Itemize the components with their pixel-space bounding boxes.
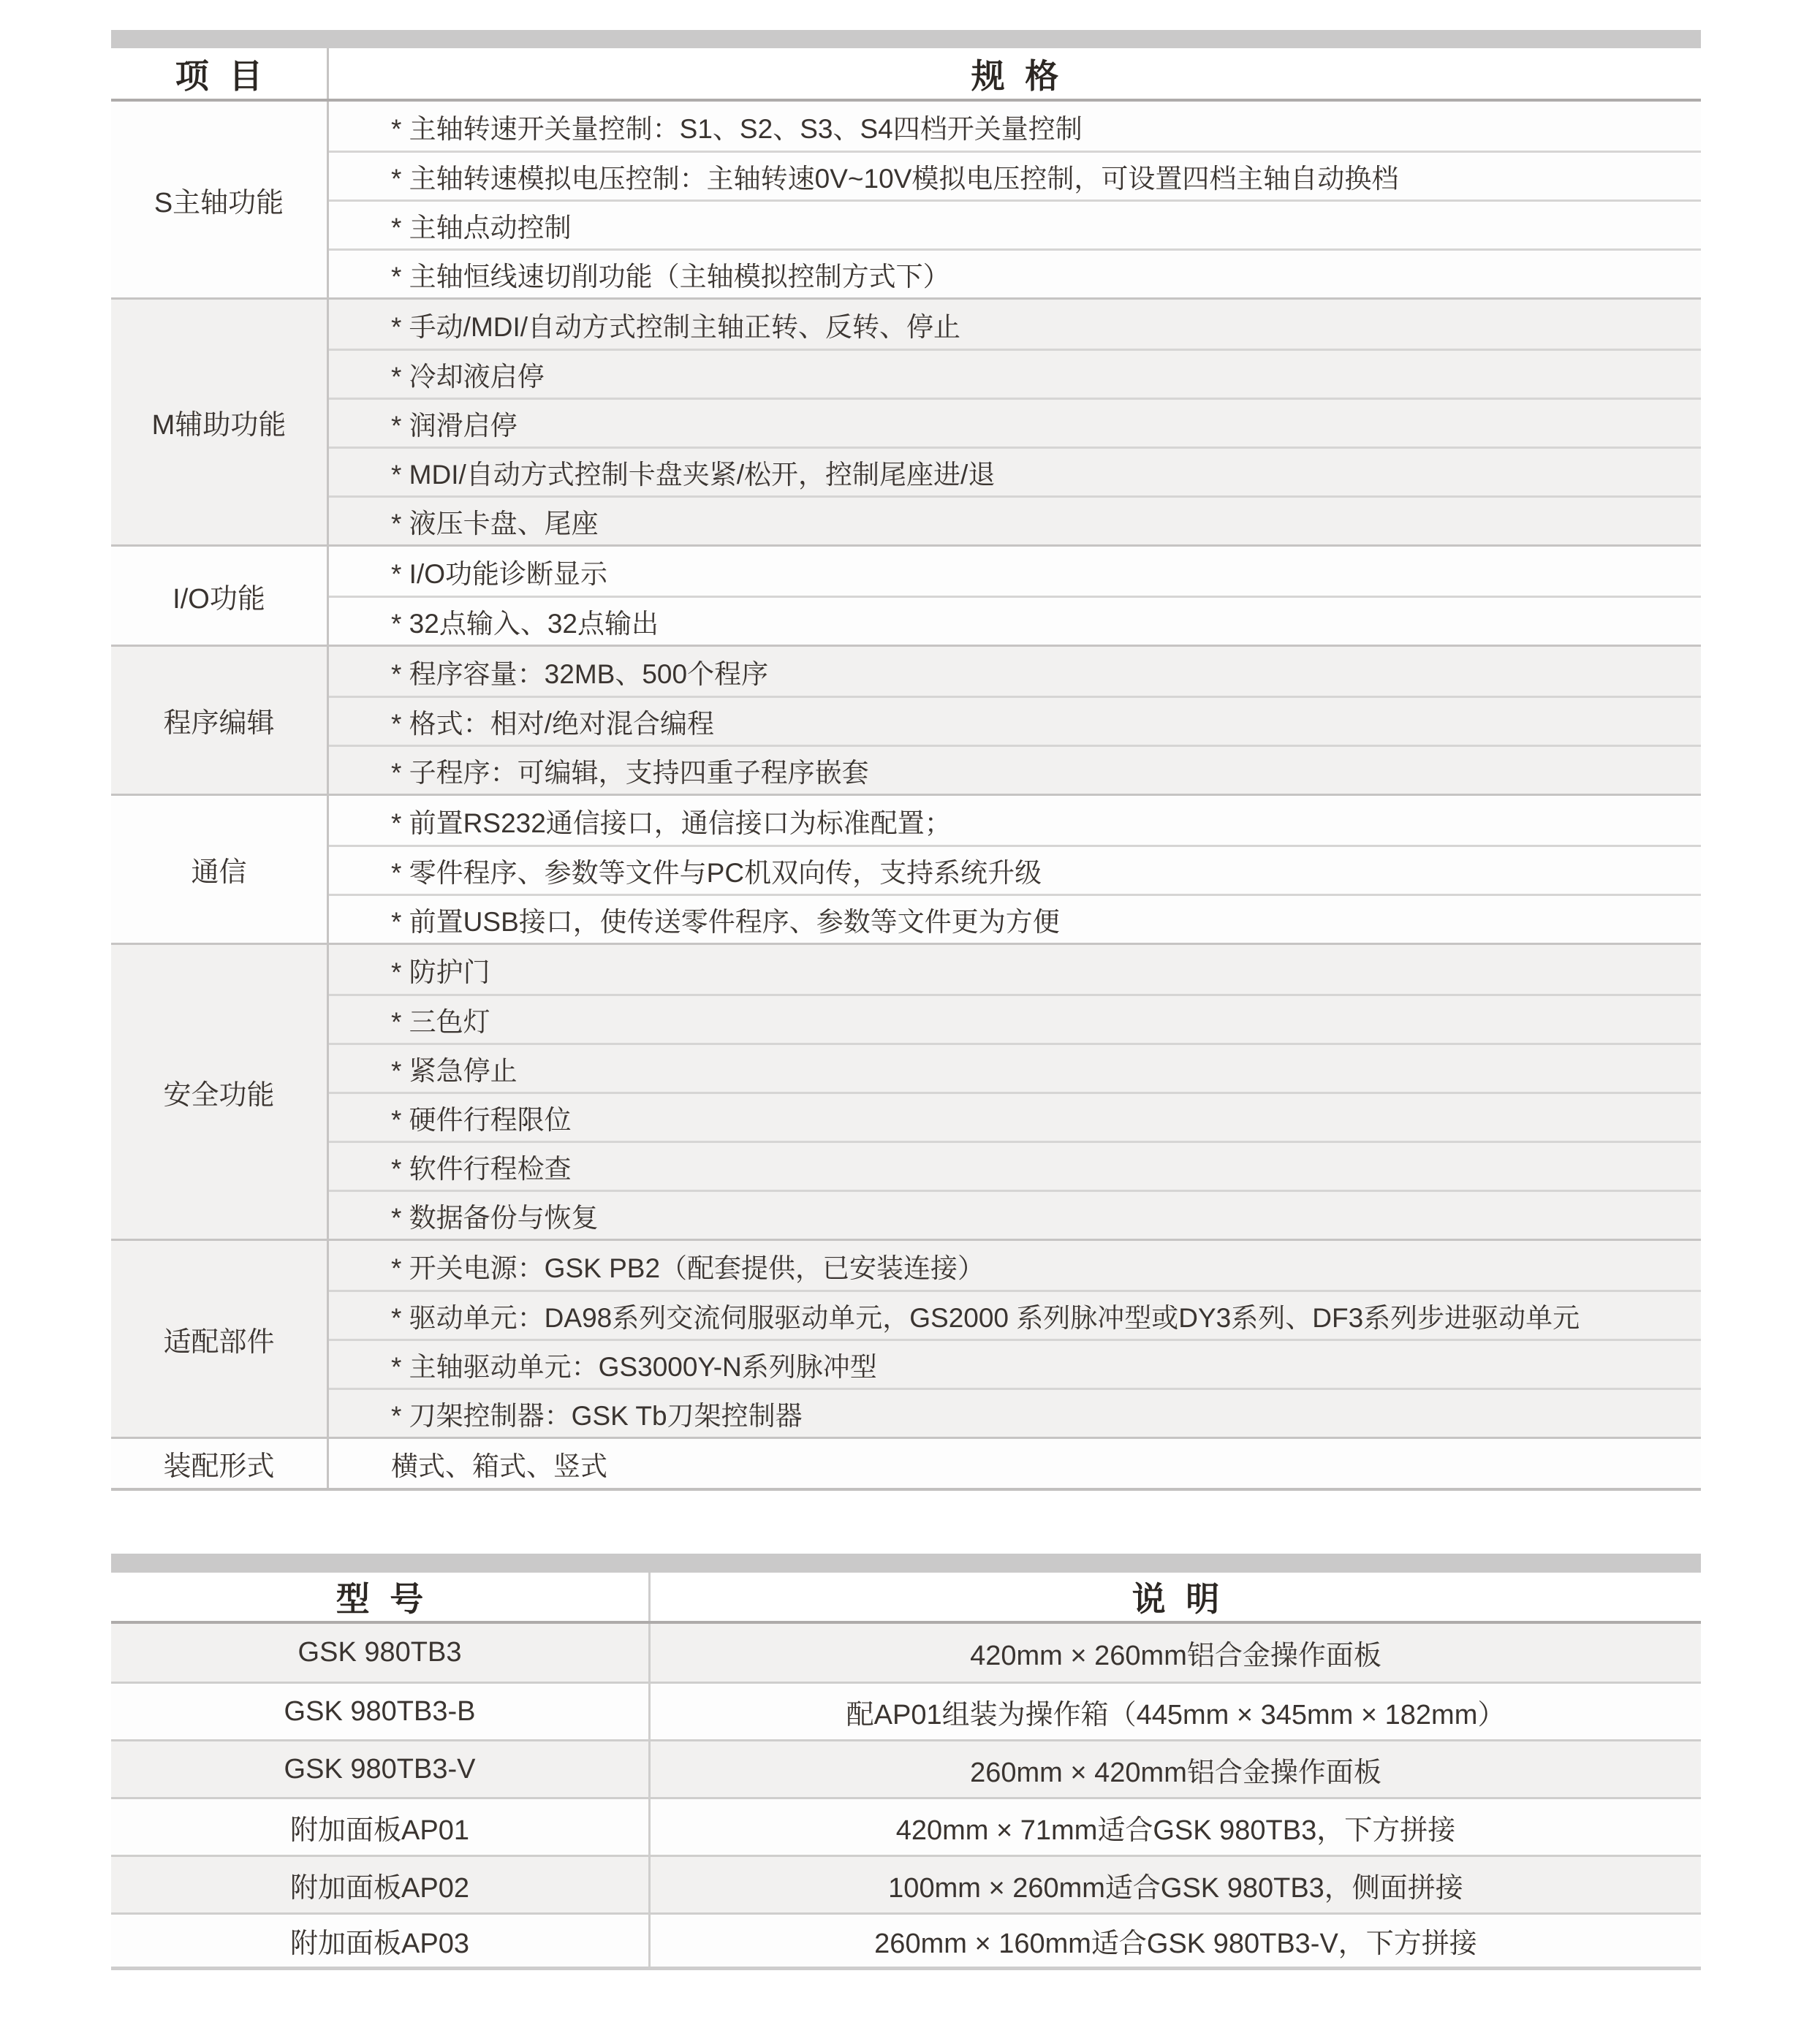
model-name: GSK 980TB3 (111, 1624, 651, 1682)
spec-row: * 紧急停止 (329, 1043, 1701, 1092)
spec-row: * 冷却液启停 (329, 349, 1701, 398)
model-name: 附加面板AP03 (111, 1915, 651, 1967)
spec-row: 横式、箱式、竖式 (329, 1439, 1701, 1488)
spec-section-program-edit: 程序编辑 * 程序容量：32MB、500个程序 * 格式：相对/绝对混合编程 *… (111, 647, 1701, 796)
spec-row: * 数据备份与恢复 (329, 1190, 1701, 1239)
spec-row: * 刀架控制器：GSK Tb刀架控制器 (329, 1388, 1701, 1437)
spec-table: 项目 规格 S主轴功能 * 主轴转速开关量控制：S1、S2、S3、S4四档开关量… (111, 30, 1701, 1491)
spec-row: * 开关电源：GSK PB2（配套提供，已安装连接） (329, 1241, 1701, 1290)
spec-section-io: I/O功能 * I/O功能诊断显示 * 32点输入、32点输出 (111, 547, 1701, 647)
spec-row: * MDI/自动方式控制卡盘夹紧/松开，控制尾座进/退 (329, 447, 1701, 495)
spec-row: * 防护门 (329, 945, 1701, 994)
spec-row: * 驱动单元：DA98系列交流伺服驱动单元，GS2000 系列脉冲型或DY3系列… (329, 1290, 1701, 1339)
model-desc: 100mm × 260mm适合GSK 980TB3，侧面拼接 (651, 1857, 1701, 1912)
spec-table-top-bar (111, 30, 1701, 48)
category-cell: 适配部件 (111, 1241, 329, 1437)
spec-row: * 主轴恒线速切削功能（主轴模拟控制方式下） (329, 248, 1701, 297)
model-row: 附加面板AP03 260mm × 160mm适合GSK 980TB3-V，下方拼… (111, 1912, 1701, 1970)
spec-row: * 程序容量：32MB、500个程序 (329, 647, 1701, 696)
spec-section-auxiliary: M辅助功能 * 手动/MDI/自动方式控制主轴正转、反转、停止 * 冷却液启停 … (111, 300, 1701, 547)
spec-header-spec: 规格 (329, 48, 1701, 99)
spec-row: * 主轴转速模拟电压控制：主轴转速0V~10V模拟电压控制，可设置四档主轴自动换… (329, 151, 1701, 200)
spec-section-safety: 安全功能 * 防护门 * 三色灯 * 紧急停止 * 硬件行程限位 * 软件行程检… (111, 945, 1701, 1241)
spec-row: * 前置RS232通信接口，通信接口为标准配置； (329, 796, 1701, 845)
model-desc: 配AP01组装为操作箱（445mm × 345mm × 182mm） (651, 1684, 1701, 1739)
model-row: GSK 980TB3-B 配AP01组装为操作箱（445mm × 345mm ×… (111, 1682, 1701, 1739)
model-header-model: 型号 (111, 1573, 651, 1621)
model-row: 附加面板AP01 420mm × 71mm适合GSK 980TB3，下方拼接 (111, 1797, 1701, 1855)
spec-row: * 硬件行程限位 (329, 1092, 1701, 1141)
spec-header-item: 项目 (111, 48, 329, 99)
model-table-top-bar (111, 1554, 1701, 1573)
model-desc: 260mm × 420mm铝合金操作面板 (651, 1741, 1701, 1797)
spec-row: * 三色灯 (329, 994, 1701, 1043)
spec-section-assembly-form: 装配形式 横式、箱式、竖式 (111, 1439, 1701, 1491)
model-name: GSK 980TB3-V (111, 1741, 651, 1797)
spec-row: * 润滑启停 (329, 398, 1701, 447)
spec-sheet-page: 项目 规格 S主轴功能 * 主轴转速开关量控制：S1、S2、S3、S4四档开关量… (0, 0, 1812, 2044)
model-desc: 420mm × 71mm适合GSK 980TB3，下方拼接 (651, 1799, 1701, 1855)
model-header-desc: 说明 (651, 1573, 1701, 1621)
spec-row: * 液压卡盘、尾座 (329, 495, 1701, 544)
spec-table-header: 项目 规格 (111, 48, 1701, 102)
category-cell: 安全功能 (111, 945, 329, 1239)
spec-row: * 子程序：可编辑，支持四重子程序嵌套 (329, 745, 1701, 794)
spec-row: * 主轴转速开关量控制：S1、S2、S3、S4四档开关量控制 (329, 102, 1701, 151)
spec-row: * 软件行程检查 (329, 1141, 1701, 1190)
model-name: 附加面板AP02 (111, 1857, 651, 1912)
model-name: GSK 980TB3-B (111, 1684, 651, 1739)
spec-row: * 零件程序、参数等文件与PC机双向传，支持系统升级 (329, 845, 1701, 894)
model-table: 型号 说明 GSK 980TB3 420mm × 260mm铝合金操作面板 GS… (111, 1554, 1701, 1970)
model-desc: 260mm × 160mm适合GSK 980TB3-V，下方拼接 (651, 1915, 1701, 1967)
category-cell: I/O功能 (111, 547, 329, 645)
model-row: GSK 980TB3 420mm × 260mm铝合金操作面板 (111, 1624, 1701, 1682)
category-cell: M辅助功能 (111, 300, 329, 544)
model-row: GSK 980TB3-V 260mm × 420mm铝合金操作面板 (111, 1739, 1701, 1797)
model-desc: 420mm × 260mm铝合金操作面板 (651, 1624, 1701, 1682)
spec-row: * 主轴点动控制 (329, 200, 1701, 248)
spec-section-spindle: S主轴功能 * 主轴转速开关量控制：S1、S2、S3、S4四档开关量控制 * 主… (111, 102, 1701, 300)
model-table-header: 型号 说明 (111, 1573, 1701, 1624)
spec-section-adapted-parts: 适配部件 * 开关电源：GSK PB2（配套提供，已安装连接） * 驱动单元：D… (111, 1241, 1701, 1439)
spec-row: * 前置USB接口，使传送零件程序、参数等文件更为方便 (329, 894, 1701, 943)
category-cell: 通信 (111, 796, 329, 943)
spec-row: * 32点输入、32点输出 (329, 596, 1701, 645)
spec-row: * 格式：相对/绝对混合编程 (329, 696, 1701, 745)
spec-row: * 主轴驱动单元：GS3000Y-N系列脉冲型 (329, 1339, 1701, 1388)
spec-row: * I/O功能诊断显示 (329, 547, 1701, 596)
category-cell: 装配形式 (111, 1439, 329, 1488)
category-cell: S主轴功能 (111, 102, 329, 297)
spec-section-communication: 通信 * 前置RS232通信接口，通信接口为标准配置； * 零件程序、参数等文件… (111, 796, 1701, 945)
category-cell: 程序编辑 (111, 647, 329, 794)
model-row: 附加面板AP02 100mm × 260mm适合GSK 980TB3，侧面拼接 (111, 1855, 1701, 1912)
spec-row: * 手动/MDI/自动方式控制主轴正转、反转、停止 (329, 300, 1701, 349)
model-name: 附加面板AP01 (111, 1799, 651, 1855)
